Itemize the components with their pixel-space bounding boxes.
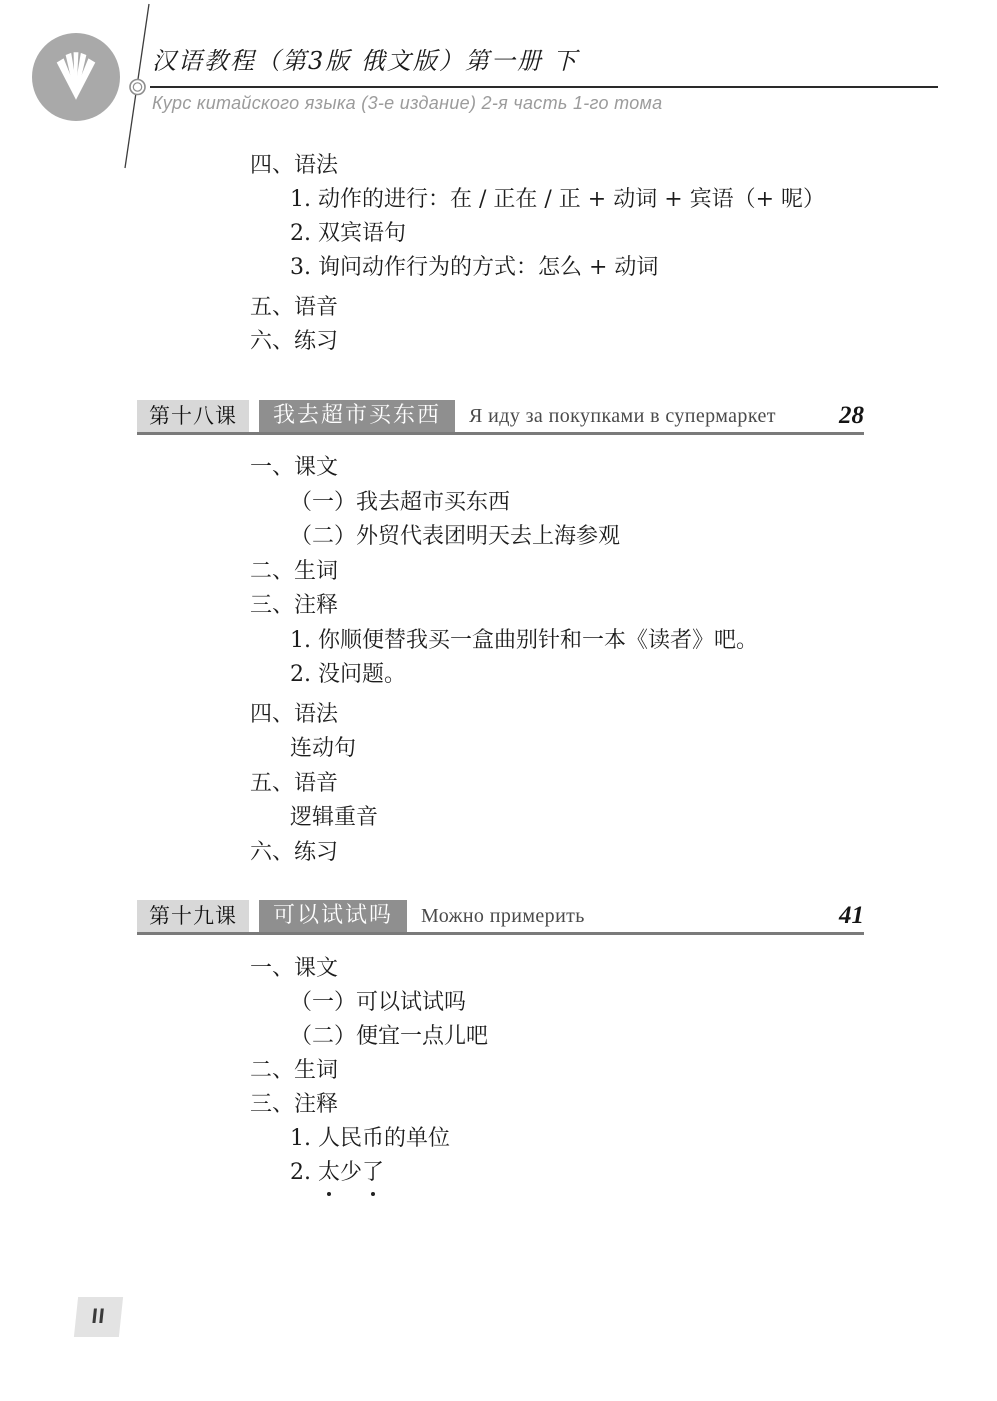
publisher-logo: [32, 33, 120, 121]
lesson-19-heading: 第十九课 可以试试吗 Можно примерить 41: [137, 900, 864, 935]
lesson-title-russian: Можно примерить: [421, 900, 585, 932]
page-number-label: II: [90, 1305, 106, 1329]
toc-item: 2. 双宾语句: [290, 217, 997, 251]
toc-item: 逻辑重音: [290, 801, 997, 836]
toc-item-prefix: 2.: [290, 1160, 318, 1185]
toc-item: 六、练习: [250, 836, 997, 871]
toc-item: 1. 你顺便替我买一盒曲别针和一本《读者》吧。: [290, 624, 997, 659]
toc-intro-block: 四、语法 1. 动作的进行：在 / 正在 / 正 + 动词 + 宾语（+ 呢） …: [0, 149, 997, 359]
toc-item: （二）便宜一点儿吧: [290, 1020, 997, 1054]
emphasized-char: 了: [362, 1156, 384, 1190]
toc-item: 三、注释: [250, 589, 997, 624]
toc-lesson-19-block: 一、课文 （一）可以试试吗 （二）便宜一点儿吧 二、生词 三、注释 1. 人民币…: [0, 952, 997, 1190]
toc-item: 四、语法: [250, 698, 997, 733]
toc-item-text: 少: [340, 1160, 362, 1185]
toc-item: 五、语音: [250, 767, 997, 802]
lesson-page-number: 28: [839, 400, 864, 432]
lesson-title-chinese: 我去超市买东西: [259, 400, 455, 432]
toc-item: 二、生词: [250, 555, 997, 590]
toc-item: 1. 动作的进行：在 / 正在 / 正 + 动词 + 宾语（+ 呢）: [290, 183, 997, 217]
toc-item: 连动句: [290, 732, 997, 767]
header-rule: [150, 86, 938, 88]
lesson-title-russian: Я иду за покупками в супермаркет: [469, 400, 776, 432]
book-title-russian: Курс китайского языка (3-е издание) 2-я …: [152, 93, 663, 114]
lesson-18-heading: 第十八课 我去超市买东西 Я иду за покупками в суперм…: [137, 400, 864, 435]
toc-item: 1. 人民币的单位: [290, 1122, 997, 1156]
toc-item: 六、练习: [250, 325, 997, 359]
toc-item: （一）我去超市买东西: [290, 486, 997, 521]
page-folio: II: [74, 1297, 123, 1337]
toc-item: 一、课文: [250, 952, 997, 986]
toc-item: （二）外贸代表团明天去上海参观: [290, 520, 997, 555]
toc-item: 2. 没问题。: [290, 658, 997, 693]
lesson-page-number: 41: [839, 900, 864, 932]
emphasized-char: 太: [318, 1156, 340, 1190]
lesson-number-badge: 第十八课: [137, 400, 249, 432]
lesson-title-chinese: 可以试试吗: [259, 900, 407, 932]
toc-item: 3. 询问动作行为的方式：怎么 + 动词: [290, 251, 997, 285]
toc-lesson-18-block: 一、课文 （一）我去超市买东西 （二）外贸代表团明天去上海参观 二、生词 三、注…: [0, 451, 997, 870]
open-book-icon: [45, 46, 107, 108]
toc-item: （一）可以试试吗: [290, 986, 997, 1020]
toc-item: 三、注释: [250, 1088, 997, 1122]
toc-item: 五、语音: [250, 291, 997, 325]
toc-item: 二、生词: [250, 1054, 997, 1088]
lesson-number-badge: 第十九课: [137, 900, 249, 932]
toc-item: 四、语法: [250, 149, 997, 183]
toc-item-emphasized: 2. 太少了: [290, 1156, 997, 1190]
toc-item: 一、课文: [250, 451, 997, 486]
book-title-chinese: 汉语教程（第3版 俄文版）第一册 下: [152, 41, 579, 76]
